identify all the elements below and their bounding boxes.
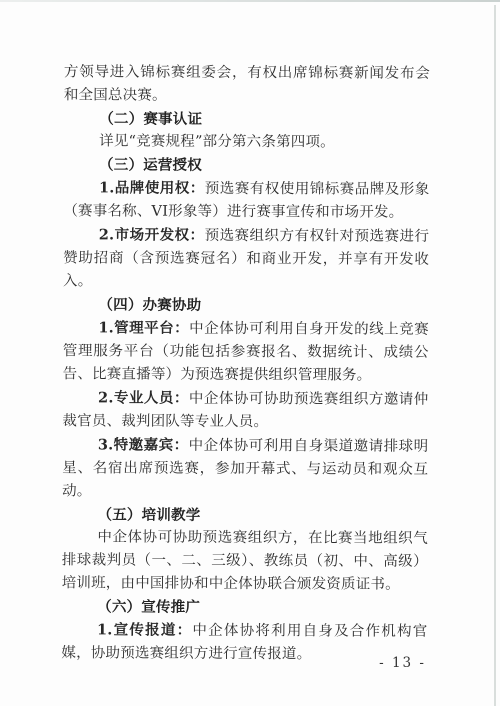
section-heading-2: （二）赛事认证 — [64, 107, 430, 132]
paragraph: 中企体协可协助预选赛组织方，在比赛当地组织气排球裁判员（一、二、三级）、教练员（… — [62, 526, 428, 597]
paragraph: 详见“竞赛规程”部分第六条第四项。 — [64, 130, 430, 155]
section-heading-4: （四）办赛协助 — [63, 293, 429, 318]
page-number: - 13 - — [64, 655, 426, 671]
document-page: 方领导进入锦标赛组委会，有权出席锦标赛新闻发布会和全国总决赛。 （二）赛事认证 … — [0, 0, 500, 706]
section-heading-6: （六）宣传推广 — [62, 595, 428, 620]
item-label: 2.市场开发权： — [99, 226, 205, 243]
item-label: 3.特邀嘉宾： — [98, 436, 189, 453]
section-heading-5: （五）培训教学 — [62, 503, 428, 528]
paragraph-item-1: 1.管理平台：中企体协可利用自身开发的线上竞赛管理服务平台（功能包括参赛报名、数… — [63, 316, 429, 388]
paragraph-item-2: 2.专业人员：中企体协可协助预选赛组织方邀请仲裁官员、裁判团队等专业人员。 — [62, 386, 428, 435]
document-content: 方领导进入锦标赛组委会，有权出席锦标赛新闻发布会和全国总决赛。 （二）赛事认证 … — [61, 61, 430, 667]
section-heading-3: （三）运营授权 — [63, 153, 429, 178]
item-label: 1.管理平台： — [98, 319, 189, 336]
scan-edge-top — [0, 0, 500, 2]
item-label: 2.专业人员： — [98, 389, 189, 406]
item-label: 1.宣传报道： — [97, 621, 192, 638]
paragraph-item-1: 1.品牌使用权：预选赛有权使用锦标赛品牌及形象（赛事名称、VI形象等）进行赛事宣… — [63, 176, 429, 225]
scan-edge-right — [494, 5, 496, 706]
paragraph-item-3: 3.特邀嘉宾：中企体协可利用自身渠道邀请排球明星、名宿出席预选赛，参加开幕式、与… — [62, 433, 428, 505]
paragraph-continuation: 方领导进入锦标赛组委会，有权出席锦标赛新闻发布会和全国总决赛。 — [64, 61, 430, 109]
item-label: 1.品牌使用权： — [99, 179, 205, 196]
paragraph-item-2: 2.市场开发权：预选赛组织方有权针对预选赛进行赞助招商（含预选赛冠名）和商业开发… — [63, 223, 429, 295]
